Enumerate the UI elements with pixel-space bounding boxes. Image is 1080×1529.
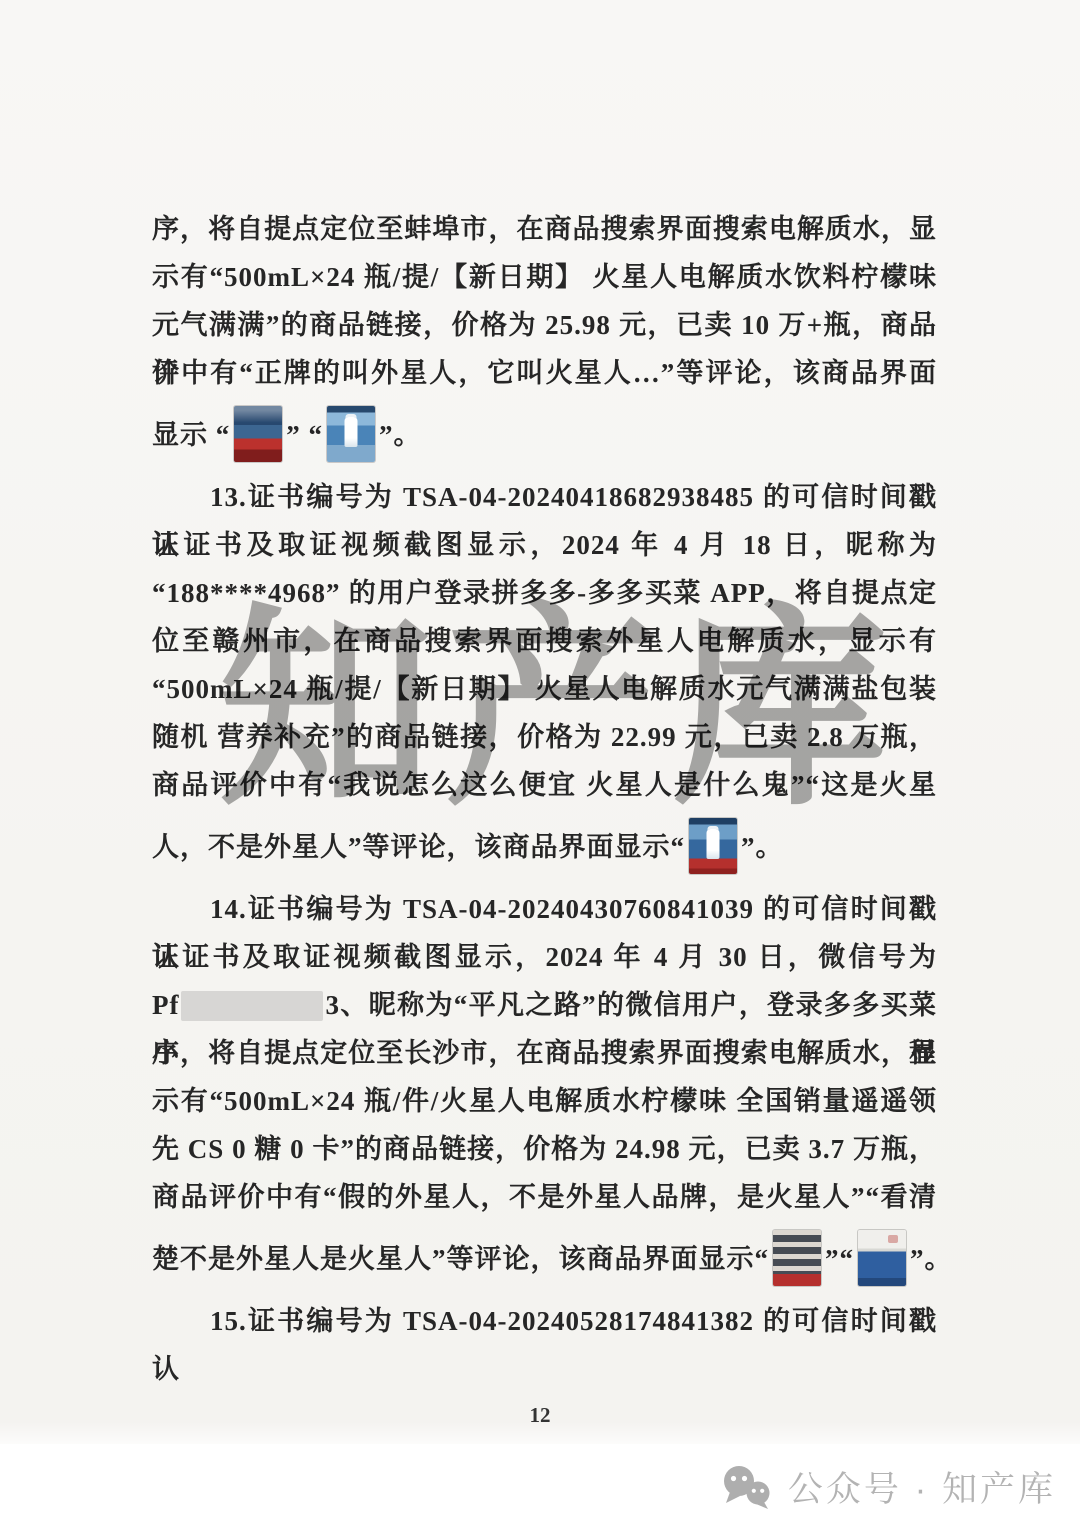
document-line: 显示 “” “”。 — [152, 397, 937, 473]
text-run: 证证书及取证视频截图显示，2024 年 4 月 30 日，微信号为 — [152, 942, 937, 972]
text-run: ”。 — [910, 1244, 953, 1274]
text-run: “500mL×24 瓶/提/【新日期】 火星人电解质水元气满满盐包装 — [152, 674, 937, 704]
product-photo-shelf-red-banner — [234, 406, 282, 462]
text-run: 先 CS 0 糖 0 卡”的商品链接，价格为 24.98 元，已卖 3.7 万瓶… — [152, 1134, 937, 1164]
document-line: 位至赣州市，在商品搜索界面搜索外星人电解质水，显示有 — [152, 617, 937, 665]
document-line: 13.证书编号为 TSA-04-20240418682938485 的可信时间戳… — [152, 473, 937, 521]
document-line: 商品评价中有“我说怎么这么便宜 火星人是什么鬼”“这是火星 — [152, 761, 937, 809]
page-number: 12 — [0, 1403, 1080, 1428]
document-line: 证证书及取证视频截图显示，2024 年 4 月 30 日，微信号为 — [152, 933, 937, 981]
scanned-document-page: 序，将自提点定位至蚌埠市，在商品搜索界面搜索电解质水，显示有“500mL×24 … — [0, 0, 1080, 1529]
product-photo-white-bottle-red-stripe — [689, 818, 737, 874]
text-run: 随机 营养补充”的商品链接，价格为 22.99 元，已卖 2.8 万瓶， — [152, 722, 937, 752]
document-line: 序，将自提点定位至长沙市，在商品搜索界面搜索电解质水，显 — [152, 1029, 937, 1077]
document-line: 价中有“正牌的叫外星人，它叫火星人…”等评论，该商品界面 — [152, 349, 937, 397]
text-run: 序，将自提点定位至长沙市，在商品搜索界面搜索电解质水，显 — [152, 1038, 937, 1068]
text-run: 人，不是外星人”等评论，该商品界面显示“ — [152, 832, 685, 862]
document-line: 示有“500mL×24 瓶/件/火星人电解质水柠檬味 全国销量遥遥领 — [152, 1077, 937, 1125]
text-run: ” “ — [286, 420, 323, 450]
text-run: Pf — [152, 990, 179, 1020]
text-run: 证证书及取证视频截图显示，2024 年 4 月 18 日，昵称为 — [152, 530, 937, 560]
product-photo-white-bottle-blue — [327, 406, 375, 462]
document-line: 商品评价中有“假的外星人，不是外星人品牌，是火星人”“看清 — [152, 1173, 937, 1221]
document-line: 序，将自提点定位至蚌埠市，在商品搜索界面搜索电解质水，显 — [152, 205, 937, 253]
document-line: 证证书及取证视频截图显示，2024 年 4 月 18 日，昵称为 — [152, 521, 937, 569]
text-run: 序，将自提点定位至蚌埠市，在商品搜索界面搜索电解质水，显 — [152, 214, 937, 244]
text-run: ”“ — [825, 1244, 854, 1274]
text-run: 示有“500mL×24 瓶/提/【新日期】 火星人电解质水饮料柠檬味 — [152, 262, 937, 292]
text-run: ”。 — [379, 420, 422, 450]
document-line: Pf3、昵称为“平凡之路”的微信用户，登录多多买菜小程 — [152, 981, 937, 1029]
text-run: “188****4968” 的用户登录拼多多-多多买菜 APP，将自提点定 — [152, 578, 937, 608]
text-run: 位至赣州市，在商品搜索界面搜索外星人电解质水，显示有 — [152, 626, 937, 656]
product-photo-white-top-blue-box — [858, 1230, 906, 1286]
document-line: 元气满满”的商品链接，价格为 25.98 元，已卖 10 万+瓶，商品评 — [152, 301, 937, 349]
text-run: 示有“500mL×24 瓶/件/火星人电解质水柠檬味 全国销量遥遥领 — [152, 1086, 937, 1116]
text-run: 价中有“正牌的叫外星人，它叫火星人…”等评论，该商品界面 — [152, 358, 937, 388]
text-run: 商品评价中有“假的外星人，不是外星人品牌，是火星人”“看清 — [152, 1182, 937, 1212]
text-run: 15.证书编号为 TSA-04-20240528174841382 的可信时间戳… — [152, 1306, 937, 1384]
document-line: 示有“500mL×24 瓶/提/【新日期】 火星人电解质水饮料柠檬味 — [152, 253, 937, 301]
footer-brand-label: 公众号 · 知产库 — [788, 1462, 1056, 1512]
document-line: 随机 营养补充”的商品链接，价格为 22.99 元，已卖 2.8 万瓶， — [152, 713, 937, 761]
text-run: 显示 “ — [152, 420, 230, 450]
document-line: 14.证书编号为 TSA-04-20240430760841039 的可信时间戳… — [152, 885, 937, 933]
text-run: 楚不是外星人是火星人”等评论，该商品界面显示“ — [152, 1244, 769, 1274]
document-line: 先 CS 0 糖 0 卡”的商品链接，价格为 24.98 元，已卖 3.7 万瓶… — [152, 1125, 937, 1173]
product-photo-shelf-rows-red-base — [773, 1230, 821, 1286]
redaction-box — [181, 991, 323, 1021]
text-run: 商品评价中有“我说怎么这么便宜 火星人是什么鬼”“这是火星 — [152, 770, 937, 800]
text-run: ”。 — [741, 832, 784, 862]
document-body: 序，将自提点定位至蚌埠市，在商品搜索界面搜索电解质水，显示有“500mL×24 … — [0, 0, 1080, 1345]
document-line: “500mL×24 瓶/提/【新日期】 火星人电解质水元气满满盐包装 — [152, 665, 937, 713]
document-line: 人，不是外星人”等评论，该商品界面显示“”。 — [152, 809, 937, 885]
document-line: 楚不是外星人是火星人”等评论，该商品界面显示“”“”。 — [152, 1221, 937, 1297]
footer-brand-bar: 公众号 · 知产库 — [0, 1444, 1080, 1529]
document-line: “188****4968” 的用户登录拼多多-多多买菜 APP，将自提点定 — [152, 569, 937, 617]
document-line: 15.证书编号为 TSA-04-20240528174841382 的可信时间戳… — [152, 1297, 937, 1345]
wechat-icon — [720, 1465, 774, 1509]
